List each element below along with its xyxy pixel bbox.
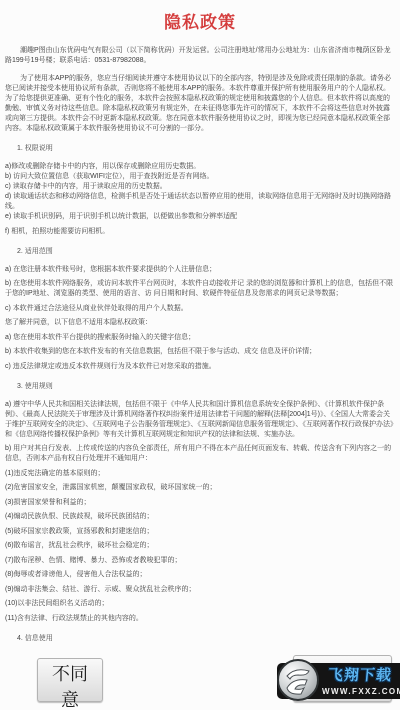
policy-text: (2)危害国家安全，泄露国家机密，颠覆国家政权，破坏国家统一的； <box>5 483 395 493</box>
policy-text: c) 违反法律规定或违反本软件规则行为及本软件已对您采取的措施。 <box>5 362 395 372</box>
policy-text: a) 遵守中华人民共和国相关法律法规，包括但不限于《中华人民共和国计算机信息系统… <box>5 400 395 440</box>
policy-text: (4)煽动民族仇恨、民族歧视，破坏民族团结的； <box>5 512 395 522</box>
policy-text: 您了解并同意，以下信息不适用本隐私权政策： <box>5 318 395 328</box>
policy-text: (8)侮辱或者诽谤他人，侵害他人合法权益的； <box>5 570 395 580</box>
policy-text: (9)煽动非法集会、结社、游行、示威、聚众扰乱社会秩序的； <box>5 585 395 595</box>
policy-text: (1)违反宪法确定的基本原则的； <box>5 469 395 479</box>
policy-text: a) 您在使用本软件平台提供的搜索服务时输入的关键字信息； <box>5 333 395 343</box>
policy-text: (5)破坏国家宗教政策，宣扬邪教和封建迷信的； <box>5 527 395 537</box>
section-heading: 3. 使用规则 <box>5 382 395 392</box>
policy-text: a) 在您注册本软件账号时，您根据本软件要求提供的个人注册信息； <box>5 265 395 275</box>
fxxz-watermark: 飞翔下载 WWW.FXXZ.COM <box>277 663 400 699</box>
policy-text: (11)含有法律、行政法规禁止的其他内容的。 <box>5 614 395 624</box>
section-heading: 2. 适用范围 <box>5 247 395 257</box>
policy-text: (6)散布谣言，扰乱社会秩序，破坏社会稳定的； <box>5 541 395 551</box>
policy-text: c) 读取存储卡中的内容，用于读取应用的历史数据。 <box>5 182 395 192</box>
policy-text: b) 本软件收集到的您在本软件发布的有关信息数据，包括但不限于参与活动、成交 信… <box>5 347 395 357</box>
policy-text: a)修改或删除存储卡中的内容，用以保存或删除应用历史数据。 <box>5 162 395 172</box>
policy-text: (3)损害国家荣誉和利益的； <box>5 498 395 508</box>
policy-text: b) 访问大致位置信息（获取WIFI定位），用于查找附近是否有网络。 <box>5 172 395 182</box>
section-heading: 4. 信息使用 <box>5 634 395 644</box>
section-heading: 1. 权限说明 <box>5 144 395 154</box>
watermark-site: WWW.FXXZ.COM <box>322 687 398 696</box>
policy-text: (7)散布淫秽、色情、赌博、暴力、恐怖或者教唆犯罪的； <box>5 556 395 566</box>
policy-text: e) 读取手机识别码，用于识别手机以统计数据，以便做出参数和分辨率适配 <box>5 212 395 222</box>
policy-body: 潮趣P图由山东优码电气有限公司（以下简称优码）开发运营。公司注册地址/常用办公地… <box>0 33 400 644</box>
page-title: 隐私政策 <box>0 0 400 33</box>
policy-text: 为了使用本APP的服务，您应当仔细阅读并遵守本使用协议以下的全部内容，特别是涉及… <box>5 74 395 134</box>
policy-text: b) 在您使用本软件网络服务，或访问本软件平台网页时，本软件自动接收并记 录的您… <box>5 279 395 299</box>
fxxz-logo-icon <box>277 659 319 701</box>
policy-text: c) 本软件通过合法途径从商业伙伴处取得的用户个人数据。 <box>5 304 395 314</box>
policy-text: 潮趣P图由山东优码电气有限公司（以下简称优码）开发运营。公司注册地址/常用办公地… <box>5 46 395 66</box>
policy-text: b) 用户对其自行发表、上传或传送的内容负全部责任，所有用户不得在本产品任何页面… <box>5 444 395 464</box>
policy-text: (10)以非法民间组织名义活动的； <box>5 599 395 609</box>
disagree-button[interactable]: 不同意 <box>37 658 103 702</box>
watermark-name: 飞翔下载 <box>321 664 399 685</box>
policy-text: d) 读取通话状态和移动网络信息，检测手机是否处于通话状态以暂停应用的使用，读取… <box>5 192 395 212</box>
policy-text: f) 相机，拍照功能需要访问相机。 <box>5 227 395 237</box>
